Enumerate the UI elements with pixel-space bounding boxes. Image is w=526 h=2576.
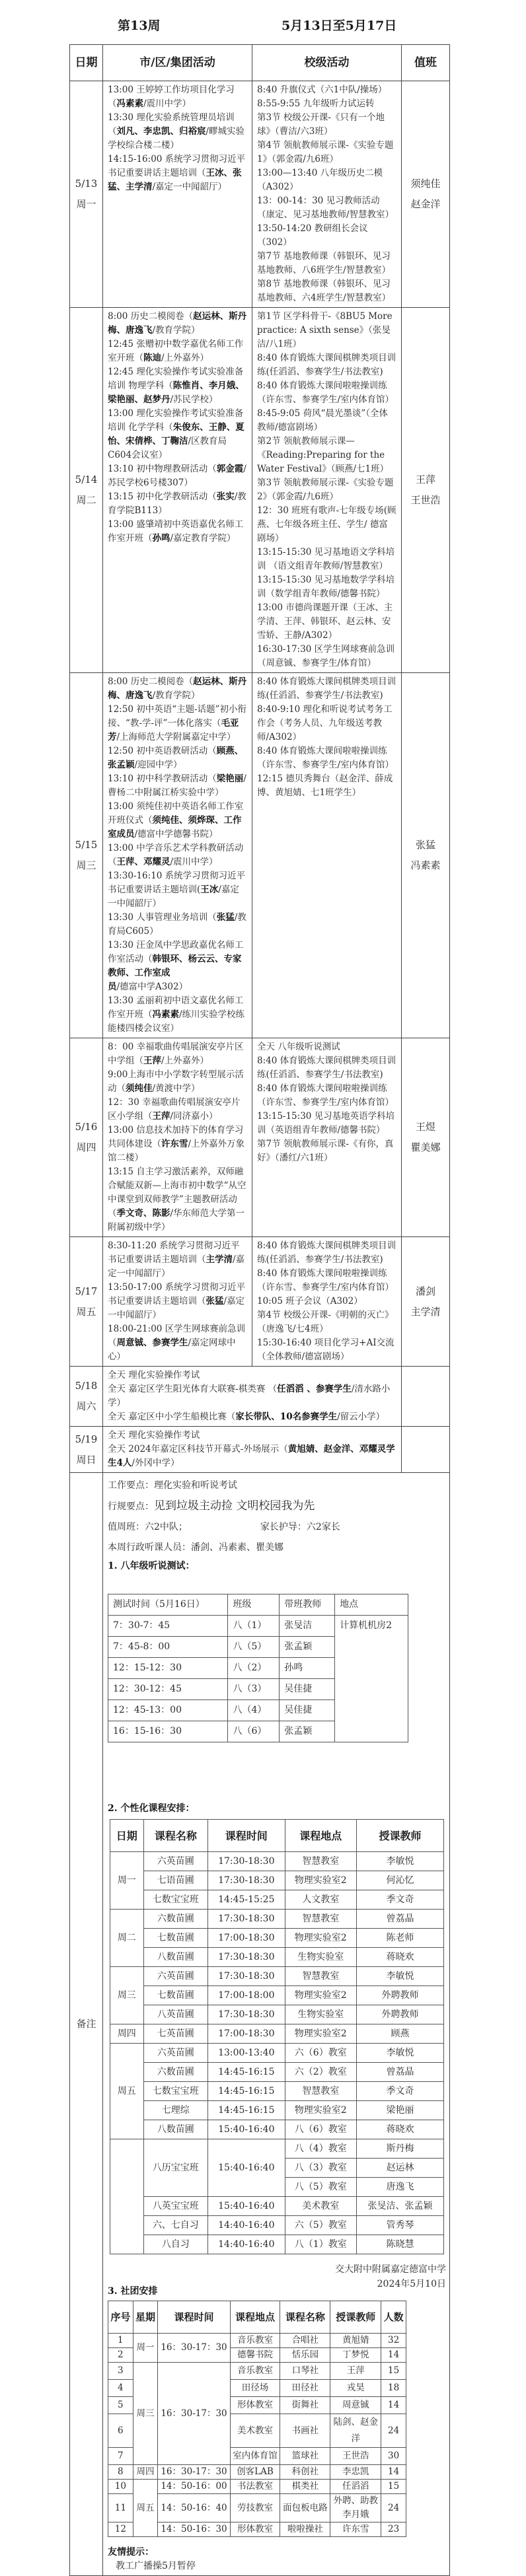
club-row: 10周五14：50-16：00书法教室棋类社任滔滔15 bbox=[108, 2480, 406, 2494]
club-cell: 形体教室 bbox=[230, 2522, 280, 2537]
course-cell: 七数宝宝班 bbox=[143, 2082, 207, 2101]
city-activities-cell: 8：00 幸福歌曲传唱展演安亭片区中学组（王萍/上外嘉外）9:00上海市中小学数… bbox=[103, 1038, 252, 1237]
club-cell: 30 bbox=[381, 2448, 406, 2465]
activity-item: 12:50 初中英语“主题-话题”初小衔接、“教-学-评”一体化落实（毛亚芳/上… bbox=[108, 703, 247, 744]
date-cell: 5/18周六 bbox=[70, 1367, 103, 1427]
course-cell: 14:45-15:25 bbox=[208, 1890, 285, 1910]
course-row: 周二六数苗圃17:30-18:30智慧教室曾荔晶 bbox=[110, 1910, 444, 1929]
participants: 王冰 bbox=[200, 884, 218, 895]
duty-cell: 潘剑主学清 bbox=[402, 1237, 450, 1367]
activity-item: 第8节 基地教师课（韩银环、见习基地教师、六4班学生/智慧教室） bbox=[257, 277, 396, 305]
activity-item: 13:00 王婷婷工作坊项目化学习（冯素素/震川中学） bbox=[108, 83, 247, 111]
activity-item: 8:40 体育锻炼大课间啦啦操训练（许东雪、参赛学生/室内体育馆） bbox=[257, 744, 396, 772]
activity-item: 8:45-9:05 荷风“晨光墨谈”（全体教师/德富剧场） bbox=[257, 407, 396, 435]
club-cell: 15 bbox=[381, 2363, 406, 2380]
club-cell: 任滔滔 bbox=[330, 2480, 381, 2494]
school-activities-cell: 8:40 体育锻炼大课间棋牌类项目训练(任滔滔、参赛学生/书法教室)8:40-9… bbox=[252, 673, 402, 1038]
date-range: 5月13日至5月17日 bbox=[282, 16, 396, 34]
test-cell: 八（1） bbox=[228, 1616, 280, 1637]
course-cell: 六（5）教室 bbox=[285, 2216, 356, 2235]
activity-item: 第7节 领航教师展示课-《有你，真好》（潘红/六1班） bbox=[257, 1137, 396, 1165]
day-row: 5/14周二8:00 历史二模阅卷（赵运林、斯丹梅、唐逸飞/教育学院）12:45… bbox=[70, 308, 450, 673]
course-row: 八数苗圃15:40-16:40八（6）教室蒋晓欢 bbox=[110, 2120, 444, 2139]
course-cell: 17:30-18:30 bbox=[208, 1852, 285, 1871]
club-cell: 棋类社 bbox=[280, 2480, 330, 2494]
club-cell: 王萍 bbox=[330, 2363, 381, 2380]
activity-item: 第4节 校级公开课-《明朝的灭亡》（唐逸飞/七4班） bbox=[257, 1308, 396, 1336]
participants: 主学清 bbox=[206, 1254, 233, 1265]
course-row: 周三六英苗圃17:30-18:30智慧教室李敏悦 bbox=[110, 1967, 444, 1986]
club-cell: 11 bbox=[108, 2494, 133, 2522]
course-cell: 13:00-13:40 bbox=[208, 2044, 285, 2063]
club-cell: 周意铖 bbox=[330, 2397, 381, 2414]
club-cell: 4 bbox=[108, 2380, 133, 2397]
course-day bbox=[110, 2139, 144, 2254]
course-cell: 六英苗圃 bbox=[143, 1967, 207, 1986]
activity-item: 8:40 体育锻炼大课间啦啦操训练（许东雪、参赛学生/室内体育馆） bbox=[257, 1082, 396, 1110]
course-cell: 15:40-16:40 bbox=[208, 2120, 285, 2139]
duty-cell: 须纯佳赵金洋 bbox=[402, 81, 450, 308]
weekday: 周二 bbox=[71, 490, 101, 511]
club-day: 周五 bbox=[133, 2480, 158, 2537]
city-activities-cell: 8:00 历史二模阅卷（赵运林、斯丹梅、唐逸飞/教育学院）12:50 初中英语“… bbox=[103, 673, 252, 1038]
course-row: 七数苗圃17:00-18:00物理实验室2外聘教师 bbox=[110, 1986, 444, 2005]
date: 5/13 bbox=[71, 174, 101, 194]
course-day: 周五 bbox=[110, 2044, 144, 2139]
club-cell: 科创社 bbox=[280, 2465, 330, 2480]
date-cell: 5/14周二 bbox=[70, 308, 103, 673]
participants: 须纯佳、须烨琛、工作室成员 bbox=[108, 815, 242, 840]
course-cell: 蒋晓欢 bbox=[356, 2120, 443, 2139]
test-cell: 孙鸣 bbox=[280, 1658, 335, 1679]
footer: 交大附中附属嘉定德富中学 2024年5月10日 bbox=[289, 2262, 446, 2291]
activity-item: 13:10 初中科学教研活动（梁艳丽/曹杨二中附属江桥实验中学） bbox=[108, 772, 247, 800]
course-cell: 季文奇 bbox=[356, 1890, 443, 1910]
course-row: 七数苗圃17:00-18:30物理实验室2陈老师 bbox=[110, 1929, 444, 1948]
city-activities-cell: 13:00 王婷婷工作坊项目化学习（冯素素/震川中学）13:30 理化实验系统管… bbox=[103, 81, 252, 308]
club-row: 8周四16：30-17：30创客LAB科创社李忠凯14 bbox=[108, 2465, 406, 2480]
course-cell: 15:40-16:40 bbox=[208, 2197, 285, 2216]
club-cell: 篮球社 bbox=[280, 2448, 330, 2465]
date: 5/19 bbox=[71, 1429, 101, 1450]
course-header-cell: 课程时间 bbox=[208, 1820, 285, 1852]
city-activities-cell: 8:30-11:20 系统学习贯彻习近平书记重要讲话主题培训（主学清/嘉定一中闻… bbox=[103, 1237, 252, 1367]
weekend-activities-cell: 全天 理化实验操作考试全天 嘉定区学生阳光体育大联赛-棋类赛 （任滔滔 、参赛学… bbox=[103, 1367, 402, 1427]
course-cell: 七语苗圃 bbox=[143, 1871, 207, 1890]
test-cell: 八（6） bbox=[228, 1721, 280, 1742]
section-3-title: 3. 社团安排 bbox=[108, 2286, 158, 2297]
parent-guard: 家长护导：六2家长 bbox=[260, 1522, 340, 1532]
activity-item: 13:30 人事管理业务培训（张猛/教育局C605） bbox=[108, 911, 247, 939]
activity-item: 全天 八年级听说测试 bbox=[257, 1040, 396, 1054]
course-cell: 曾荔晶 bbox=[356, 2063, 443, 2082]
club-cell: 啦啦操社 bbox=[280, 2522, 330, 2537]
activity-item: 8:00 历史二模阅卷（赵运林、斯丹梅、唐逸飞/教育学院） bbox=[108, 310, 247, 338]
course-cell: 外聘教师 bbox=[356, 2005, 443, 2024]
participants: 许东雪 bbox=[161, 1139, 188, 1149]
activity-item: 13:30-16:10 系统学习贯彻习近平书记重要讲话主题培训(王冰/嘉定一中闻… bbox=[108, 869, 247, 911]
duty-person: 赵金洋 bbox=[403, 194, 448, 215]
activity-item: 13:15 自主学习激活素养，双师融合赋能双新—上海市初中数学“从空中课堂到双师… bbox=[108, 1165, 247, 1234]
test-cell: 张旻洁 bbox=[280, 1616, 335, 1637]
test-cell: 7：45-8：00 bbox=[108, 1637, 228, 1658]
activity-item: 第2节 领航教师展示课—《Reading:Preparing for the W… bbox=[257, 435, 396, 476]
course-header-row: 日期课程名称课程时间课程地点授课教师 bbox=[110, 1820, 444, 1852]
test-cell: 12：45-13：00 bbox=[108, 1700, 228, 1721]
test-header-cell: 带班教师 bbox=[280, 1594, 335, 1616]
activity-item: 13:50-17:00 系统学习贯彻习近平书记重要讲话主题培训（张猛/嘉定一中闻… bbox=[108, 1281, 247, 1322]
course-cell: 智慧教室 bbox=[285, 1967, 356, 1986]
club-cell: 5 bbox=[108, 2397, 133, 2414]
course-cell: 何沁忆 bbox=[356, 1871, 443, 1890]
club-time: 16：30-17：30 bbox=[158, 2334, 230, 2363]
club-cell: 音乐教室 bbox=[230, 2334, 280, 2348]
course-cell: 李敏悦 bbox=[356, 1967, 443, 1986]
activity-item: 13:00 市德尚课题开课（王冰、主学清、王萍、韩银环、赵云林、安雪娇、王静/A… bbox=[257, 601, 396, 643]
club-cell: 合唱社 bbox=[280, 2334, 330, 2348]
club-cell: 24 bbox=[381, 2414, 406, 2448]
test-header-cell: 测试时间（5月16日） bbox=[108, 1594, 228, 1616]
activity-item: 8:55-9:55 九年级听力试运转 bbox=[257, 97, 396, 111]
participants: 梁艳丽 bbox=[217, 773, 244, 784]
club-cell: 劳技教室 bbox=[230, 2494, 280, 2522]
day-row: 5/13周一13:00 王婷婷工作坊项目化学习（冯素素/震川中学）13:30 理… bbox=[70, 81, 450, 308]
notes-content: 工作要点：理化实验和听说考试 行规要点：见到垃圾主动捡 文明校园我为先 值周班：… bbox=[103, 1473, 450, 2576]
club-day: 周三 bbox=[133, 2363, 158, 2465]
conduct-focus: 行规要点：见到垃圾主动捡 文明校园我为先 bbox=[108, 1496, 445, 1517]
club-header-cell: 课程时间 bbox=[158, 2301, 230, 2334]
club-cell: 面包板电路 bbox=[280, 2494, 330, 2522]
club-cell: 音乐教室 bbox=[230, 2363, 280, 2380]
school-activities-cell: 8:40 升旗仪式（六1中队/操场）8:55-9:55 九年级听力试运转第3节 … bbox=[252, 81, 402, 308]
activity-item: 8:40 体育锻炼大课间啦啦操训练（许东雪、参赛学生/室内体育馆） bbox=[257, 1267, 396, 1295]
activity-item: 第1节 区学科骨干-《8BU5 More practice: A sixth s… bbox=[257, 310, 396, 351]
weekend-row: 5/19周日全天 理化实验操作考试全天 2024年嘉定区科技节开幕式-外场展示（… bbox=[70, 1427, 450, 1473]
participants: 王萍、邓耀灵 bbox=[117, 857, 170, 867]
club-header-cell: 人数 bbox=[381, 2301, 406, 2334]
weekend-row: 5/18周六全天 理化实验操作考试全天 嘉定区学生阳光体育大联赛-棋类赛 （任滔… bbox=[70, 1367, 450, 1427]
duty-person: 潘剑 bbox=[403, 1281, 448, 1302]
weekend-activities-cell: 全天 理化实验操作考试全天 2024年嘉定区科技节开幕式-外场展示（黄旭婧、赵金… bbox=[103, 1427, 402, 1473]
test-cell: 12：30-12：45 bbox=[108, 1679, 228, 1700]
activity-item: 8:40 升旗仪式（六1中队/操场） bbox=[257, 83, 396, 97]
duty-person: 王煜 bbox=[403, 1117, 448, 1137]
test-location: 计算机机房2 bbox=[335, 1616, 408, 1742]
course-cell: 智慧教室 bbox=[285, 2082, 356, 2101]
course-day: 周一 bbox=[110, 1852, 144, 1910]
course-row: 七数宝宝班14:45-16:15智慧教室季文奇 bbox=[110, 2082, 444, 2101]
schedule-table: 日期 市/区/集团活动 校级活动 值班 5/13周一13:00 王婷婷工作坊项目… bbox=[69, 44, 450, 2576]
course-cell: 17:00-18:30 bbox=[208, 2024, 285, 2044]
weekday: 周四 bbox=[71, 1137, 101, 1158]
club-cell: 书画社 bbox=[280, 2414, 330, 2448]
club-cell: 7 bbox=[108, 2448, 133, 2465]
club-day: 周一 bbox=[133, 2334, 158, 2363]
participants: 须纯佳 bbox=[126, 1083, 153, 1094]
course-cell: 14:40-16:40 bbox=[208, 2235, 285, 2254]
activity-item: 18:00-21:00 区学生网球赛前急训（周意铖、参赛学生/嘉定网球中心） bbox=[108, 1322, 247, 1364]
participants: 张猛 bbox=[217, 912, 235, 923]
participants: 家长带队、10名参赛学生 bbox=[235, 1412, 337, 1422]
course-cell: 八（6）教室 bbox=[285, 2120, 356, 2139]
participants: 陈迪 bbox=[143, 353, 161, 363]
test-header-cell: 班级 bbox=[228, 1594, 280, 1616]
weekday: 周六 bbox=[71, 1396, 101, 1417]
activity-item: 12：30 班班有歌声-七年级专场(顾燕、七年级各班主任、学生/ 德富剧场） bbox=[257, 504, 396, 546]
participants: 冯素素 bbox=[117, 98, 144, 109]
date: 5/16 bbox=[71, 1117, 101, 1137]
course-cell: 外聘教师 bbox=[356, 1986, 443, 2005]
activity-item: 13:15-15:30 见习基地数学学科培训（数学组青年教师/德馨书院） bbox=[257, 573, 396, 601]
club-row: 1周一16：30-17：30音乐教室合唱社黄旭婧32 bbox=[108, 2334, 406, 2348]
course-row: 八英宝宝班15:40-16:40美术教室张旻洁、张孟颖 bbox=[110, 2197, 444, 2216]
footer-school: 交大附中附属嘉定德富中学 bbox=[289, 2262, 446, 2277]
course-cell: 八历宝宝班 bbox=[143, 2139, 207, 2197]
club-cell: 丁梦悦 bbox=[330, 2348, 381, 2363]
activity-item: 9:00上海市中小学数字转型展示活动（须纯佳/黄渡中学） bbox=[108, 1068, 247, 1096]
activity-item: 13:15-15:30 见习基地英语学科培训（英语组青年教师/德馨书院） bbox=[257, 1110, 396, 1137]
participants: 王萍 bbox=[153, 1111, 170, 1122]
course-header-cell: 课程名称 bbox=[143, 1820, 207, 1852]
participants: 任滔滔 、参赛学生 bbox=[277, 1384, 352, 1394]
conduct-focus-text: 见到垃圾主动捡 文明校园我为先 bbox=[154, 1499, 315, 1513]
activity-item: 12:15 德贝秀舞台（赵金洋、薛成博、黄旭婧、七1班学生） bbox=[257, 772, 396, 800]
course-day: 周四 bbox=[110, 2024, 144, 2044]
course-row: 七数宝宝班14:45-15:25人文教室季文奇 bbox=[110, 1890, 444, 1910]
activity-item: 16:30-17:30 区学生网球赛前急训（周意铖、参赛学生/体育馆） bbox=[257, 643, 396, 670]
club-cell: 32 bbox=[381, 2334, 406, 2348]
club-header-cell: 序号 bbox=[108, 2301, 133, 2334]
activity-item: 13:00 须纯佳初中英语名师工作室开班仪式（须纯佳、须烨琛、工作室成员/德富中… bbox=[108, 800, 247, 841]
participants: 刘凡、李忠凯、归裕宸 bbox=[117, 126, 206, 137]
club-cell: 23 bbox=[381, 2522, 406, 2537]
club-cell: 陆剑、赵金洋 bbox=[330, 2414, 381, 2448]
date-cell: 5/16周四 bbox=[70, 1038, 103, 1237]
activity-item: 第3节 领航教师展示课-《实验专题2》（郭金霞/九6班） bbox=[257, 476, 396, 504]
course-cell: 六、七自习 bbox=[143, 2216, 207, 2235]
activity-item: 13:15-15:30 见习基地语文学科培训 （语文组青年教师/智慧教室） bbox=[257, 546, 396, 573]
test-header-cell: 地点 bbox=[335, 1594, 408, 1616]
course-cell: 六数苗圃 bbox=[143, 1910, 207, 1929]
test-header-row: 测试时间（5月16日）班级带班教师地点 bbox=[108, 1594, 408, 1616]
course-cell: 美术教室 bbox=[285, 2197, 356, 2216]
course-row: 周四七英苗圃17:00-18:30物理实验室2顾燕 bbox=[110, 2024, 444, 2044]
course-cell: 14:45-16:15 bbox=[208, 2063, 285, 2082]
club-cell: 14 bbox=[381, 2465, 406, 2480]
course-cell: 李敏悦 bbox=[356, 1852, 443, 1871]
course-cell: 八自习 bbox=[143, 2235, 207, 2254]
course-cell: 17:30-18:30 bbox=[208, 1967, 285, 1986]
course-cell: 人文教室 bbox=[285, 1890, 356, 1910]
duty-person: 主学清 bbox=[403, 1302, 448, 1322]
course-row: 八英苗圃17:30-18:30生物实验室外聘教师 bbox=[110, 2005, 444, 2024]
weekend-rows: 5/18周六全天 理化实验操作考试全天 嘉定区学生阳光体育大联赛-棋类赛 （任滔… bbox=[70, 1367, 450, 1473]
duty-person: 冯素素 bbox=[403, 855, 448, 876]
activity-item: 12:50 初中英语教研活动（顾燕、张孟颖/迎园中学） bbox=[108, 744, 247, 772]
activity-item: 13:15 初中化学教研活动（张实/教育学院B113） bbox=[108, 490, 247, 518]
club-cell: 田径场 bbox=[230, 2380, 280, 2397]
activity-item: 第4节 领航教师展示课-《实验专题1》（郭金霞/九6班） bbox=[257, 139, 396, 166]
course-cell: 17:30-18:30 bbox=[208, 1948, 285, 1967]
test-cell: 12：15-12：30 bbox=[108, 1658, 228, 1679]
club-cell: 3 bbox=[108, 2363, 133, 2380]
test-cell: 八（5） bbox=[228, 1637, 280, 1658]
activity-item: 13:50-14:20 教研组长会议（302） bbox=[257, 222, 396, 250]
club-header-cell: 星期 bbox=[133, 2301, 158, 2334]
club-cell: 18 bbox=[381, 2380, 406, 2397]
club-row: 3周三16：30-17：30音乐教室口琴社王萍15 bbox=[108, 2363, 406, 2380]
duty-cell bbox=[402, 1367, 450, 1427]
duty-class: 值周班：六2中队； bbox=[108, 1522, 188, 1532]
activity-item: 第3节 校级公开课-《只有一个地球》（曹洁/六3班） bbox=[257, 111, 396, 139]
header-date: 日期 bbox=[70, 45, 103, 81]
course-cell: 14:45-16:15 bbox=[208, 2082, 285, 2101]
activity-item: 8:40 体育锻炼大课间棋牌类项目训练(任滔滔、参赛学生/书法教室) bbox=[257, 351, 396, 379]
course-cell: 17:00-18:30 bbox=[208, 1929, 285, 1948]
course-row: 周一六英苗圃17:30-18:30智慧教室李敏悦 bbox=[110, 1852, 444, 1871]
test-cell: 八（4） bbox=[228, 1700, 280, 1721]
club-cell: 外聘、助教李月娥 bbox=[330, 2494, 381, 2522]
course-cell: 17:00-18:00 bbox=[208, 1986, 285, 2005]
activity-item: 13:00 理化实验操作考试实验准备培训 化学学科（朱俊东、王静、夏怡、宋倩桦、… bbox=[108, 407, 247, 462]
club-cell: 口琴社 bbox=[280, 2363, 330, 2380]
activity-item: 13：00-14：30 见习教师活动（康定、见习基地教师/智慧教室） bbox=[257, 194, 396, 222]
test-cell: 16：15-16：30 bbox=[108, 1721, 228, 1742]
date-cell: 5/13周一 bbox=[70, 81, 103, 308]
date: 5/17 bbox=[71, 1281, 101, 1302]
test-cell: 八（2） bbox=[228, 1658, 280, 1679]
club-cell: 14：50-16：40 bbox=[158, 2494, 230, 2522]
course-cell: 七英苗圃 bbox=[143, 2024, 207, 2044]
club-header-cell: 授课教师 bbox=[330, 2301, 381, 2334]
section-2-title: 2. 个性化课程安排： bbox=[108, 1803, 195, 1814]
activity-item: 8:00 历史二模阅卷（赵运林、斯丹梅、唐逸飞/教育学院） bbox=[108, 675, 247, 703]
club-cell: 田径社 bbox=[280, 2380, 330, 2397]
course-cell: 李敏悦 bbox=[356, 2044, 443, 2063]
activity-item: 全天 理化实验操作考试 bbox=[108, 1429, 396, 1443]
activity-item: 8:40 体育锻炼大课间棋牌类项目训练(任滔滔、参赛学生/书法教室) bbox=[257, 1239, 396, 1267]
course-cell: 七理综 bbox=[143, 2101, 207, 2120]
club-cell: 室内体育馆 bbox=[230, 2448, 280, 2465]
course-cell: 七数宝宝班 bbox=[143, 1890, 207, 1910]
date-cell: 5/19周日 bbox=[70, 1427, 103, 1473]
week-number: 第13周 bbox=[118, 16, 160, 34]
notes-label: 备注 bbox=[70, 1473, 103, 2576]
course-day: 周二 bbox=[110, 1910, 144, 1967]
course-cell: 陈晓慧 bbox=[356, 2235, 443, 2254]
test-row: 7：30-7：45八（1）张旻洁计算机机房2 bbox=[108, 1616, 408, 1637]
activity-item: 全天 2024年嘉定区科技节开幕式-外场展示（黄旭婧、赵金洋、邓耀灵学生4人/外… bbox=[108, 1443, 396, 1470]
date-cell: 5/17周五 bbox=[70, 1237, 103, 1367]
table-header-row: 日期 市/区/集团活动 校级活动 值班 bbox=[70, 45, 450, 81]
participants: 张猛 bbox=[206, 1296, 224, 1306]
club-cell: 8 bbox=[108, 2465, 133, 2480]
course-cell: 生物实验室 bbox=[285, 1948, 356, 1967]
course-cell: 唐逸飞 bbox=[356, 2178, 443, 2197]
course-cell: 17:30-18:30 bbox=[208, 1910, 285, 1929]
course-cell: 斯丹梅 bbox=[356, 2139, 443, 2159]
weekday: 周五 bbox=[71, 1302, 101, 1322]
activity-item: 全天 嘉定区中小学生船模比赛（家长带队、10名参赛学生/留云小学） bbox=[108, 1410, 396, 1424]
tip-text: 教工广播操5月暂停 bbox=[108, 2559, 445, 2573]
course-cell: 八英苗圃 bbox=[143, 2005, 207, 2024]
course-header-cell: 课程地点 bbox=[285, 1820, 356, 1852]
test-cell: 7：30-7：45 bbox=[108, 1616, 228, 1637]
course-cell: 陈老师 bbox=[356, 1929, 443, 1948]
activity-item: 13:00 中学音乐艺术学科教研活动（王萍、邓耀灵/震川中学） bbox=[108, 841, 247, 869]
activity-item: 13:00 信息技术加持下的体育学习共同体建设（许东雪/上外嘉外万象馆二楼） bbox=[108, 1124, 247, 1165]
city-activities-cell: 8:00 历史二模阅卷（赵运林、斯丹梅、唐逸飞/教育学院）12:45 张赠初中数… bbox=[103, 308, 252, 673]
participants: 冯素素 bbox=[153, 1009, 180, 1020]
header-school-activities: 校级活动 bbox=[252, 45, 402, 81]
course-row: 六、七自习14:40-16:40六（5）教室管秀琴 bbox=[110, 2216, 444, 2235]
course-cell: 八（1）教室 bbox=[285, 2235, 356, 2254]
course-cell: 17:30-18:30 bbox=[208, 2005, 285, 2024]
duty-person: 王萍 bbox=[403, 470, 448, 490]
course-cell: 14:40-16:40 bbox=[208, 2216, 285, 2235]
course-cell: 八（4）教室 bbox=[285, 2139, 356, 2159]
club-time: 16：30-17：30 bbox=[158, 2465, 230, 2480]
participants: 孙鸣 bbox=[153, 533, 170, 544]
course-cell: 智慧教室 bbox=[285, 1910, 356, 1929]
page-title: 第13周 5月13日至5月17日 bbox=[0, 12, 526, 38]
course-cell: 管秀琴 bbox=[356, 2216, 443, 2235]
club-cell: 王世浩 bbox=[330, 2448, 381, 2465]
course-cell: 六英苗圃 bbox=[143, 2044, 207, 2063]
club-cell: 6 bbox=[108, 2414, 133, 2448]
course-cell: 17:30-18:30 bbox=[208, 1871, 285, 1890]
duty-person: 王世浩 bbox=[403, 490, 448, 511]
club-cell: 恬乐园 bbox=[280, 2348, 330, 2363]
participants: 周意铖、参赛学生 bbox=[117, 1338, 188, 1348]
course-cell: 八（3）教室 bbox=[285, 2159, 356, 2178]
course-cell: 六数苗圃 bbox=[143, 2063, 207, 2082]
club-cell: 14 bbox=[381, 2348, 406, 2363]
club-cell: 街舞社 bbox=[280, 2397, 330, 2414]
course-cell: 季文奇 bbox=[356, 2082, 443, 2101]
activity-item: 14:15-16:00 系统学习贯彻习近平书记重要讲话主题培训（王冰、张猛、主学… bbox=[108, 153, 247, 194]
course-cell: 物理实验室2 bbox=[285, 2101, 356, 2120]
course-cell: 八英宝宝班 bbox=[143, 2197, 207, 2216]
participants: 王萍 bbox=[143, 1055, 161, 1066]
test-cell: 张孟颖 bbox=[280, 1637, 335, 1658]
course-row: 七语苗圃17:30-18:30物理实验室2何沁忆 bbox=[110, 1871, 444, 1890]
club-cell: 14：50-16：00 bbox=[158, 2480, 230, 2494]
header-duty: 值班 bbox=[402, 45, 450, 81]
activity-item: 第7节 基地教师课（韩银环、见习基地教师、八6班学生/智慧教室） bbox=[257, 250, 396, 277]
participants: 毛亚芳 bbox=[108, 718, 239, 742]
course-cell: 14:45-16:15 bbox=[208, 2101, 285, 2120]
club-header-row: 序号星期课程时间课程地点课程名称授课教师人数 bbox=[108, 2301, 406, 2334]
activity-item: 13:30 理化实验系统管理员培训（刘凡、李忠凯、归裕宸/疁城实验学校综合楼二楼… bbox=[108, 111, 247, 153]
club-cell: 黄旭婧 bbox=[330, 2334, 381, 2348]
test-cell: 八（3） bbox=[228, 1679, 280, 1700]
course-cell: 智慧教室 bbox=[285, 1852, 356, 1871]
club-table: 序号星期课程时间课程地点课程名称授课教师人数1周一16：30-17：30音乐教室… bbox=[108, 2301, 406, 2537]
date: 5/15 bbox=[71, 835, 101, 855]
club-cell: 德馨书院 bbox=[230, 2348, 280, 2363]
club-cell: 24 bbox=[381, 2494, 406, 2522]
participants: 顾燕、张孟颖 bbox=[108, 746, 243, 770]
weekday: 周三 bbox=[71, 855, 101, 876]
activity-item: 10:05 班子会议（A302） bbox=[257, 1295, 396, 1308]
school-activities-cell: 全天 八年级听说测试8:40 体育锻炼大课间棋牌类项目训练(任滔滔、参赛学生/书… bbox=[252, 1038, 402, 1237]
activity-item: 13:10 初中物理教研活动（郭金霞/苏民学校6号楼307） bbox=[108, 462, 247, 490]
participants: 郭金霞 bbox=[217, 464, 244, 474]
test-cell: 吴佳捷 bbox=[280, 1679, 335, 1700]
participants: 黄旭婧、赵金洋、邓耀灵学生4人 bbox=[108, 1444, 395, 1468]
course-cell: 八数苗圃 bbox=[143, 2120, 207, 2139]
